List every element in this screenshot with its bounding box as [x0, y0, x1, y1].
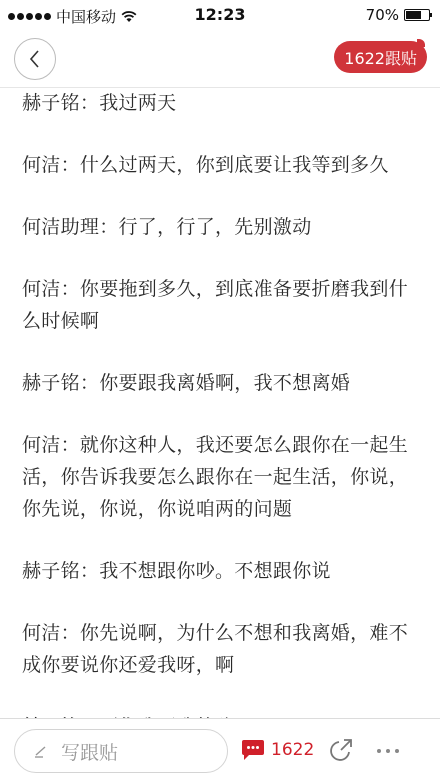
- paragraph: 何洁：你先说啊，为什么不想和我离婚，难不成你要说你还爱我呀，啊: [22, 617, 418, 681]
- bottom-toolbar: 写跟贴 1622: [0, 718, 440, 781]
- more-options-button[interactable]: [377, 741, 405, 761]
- compose-placeholder: 写跟贴: [61, 738, 118, 765]
- battery-icon: [404, 9, 430, 21]
- paragraph: 何洁：就你这种人，我还要怎么跟你在一起生活，你告诉我要怎么跟你在一起生活，你说，…: [22, 429, 418, 525]
- more-dot-icon: [395, 749, 399, 753]
- paragraph: 赫子铭：可你我不我的孩子: [22, 711, 418, 718]
- share-icon: [328, 737, 354, 763]
- nav-bar: 1622跟贴: [0, 30, 440, 88]
- more-dot-icon: [386, 749, 390, 753]
- pen-icon: [33, 742, 51, 760]
- comments-button[interactable]: 1622: [241, 739, 314, 761]
- comment-bubble-icon: [241, 739, 265, 761]
- reply-count-badge[interactable]: 1622跟贴: [334, 41, 427, 73]
- paragraph: 赫子铭：你要跟我离婚啊，我不想离婚: [22, 367, 418, 399]
- more-dot-icon: [377, 749, 381, 753]
- status-bar: 中国移动 12:23 70%: [0, 0, 440, 30]
- paragraph: 赫子铭：我过两天: [22, 88, 418, 119]
- reply-count-label: 1622跟贴: [344, 46, 417, 69]
- back-button[interactable]: [14, 38, 56, 80]
- chevron-left-icon: [28, 49, 42, 69]
- article-content: 赫子铭：我过两天 何洁：什么过两天，你到底要让我等到多久 何洁助理：行了，行了，…: [0, 88, 440, 718]
- paragraph: 何洁：你要拖到多久，到底准备要折磨我到什么时候啊: [22, 273, 418, 337]
- status-right: 70%: [366, 6, 430, 24]
- paragraph: 何洁：什么过两天，你到底要让我等到多久: [22, 149, 418, 181]
- comment-count: 1622: [271, 740, 314, 760]
- compose-reply-input[interactable]: 写跟贴: [14, 729, 228, 773]
- share-button[interactable]: [328, 737, 354, 763]
- paragraph: 赫子铭：我不想跟你吵。不想跟你说: [22, 555, 418, 587]
- paragraph: 何洁助理：行了，行了，先别激动: [22, 211, 418, 243]
- battery-percent: 70%: [366, 6, 399, 24]
